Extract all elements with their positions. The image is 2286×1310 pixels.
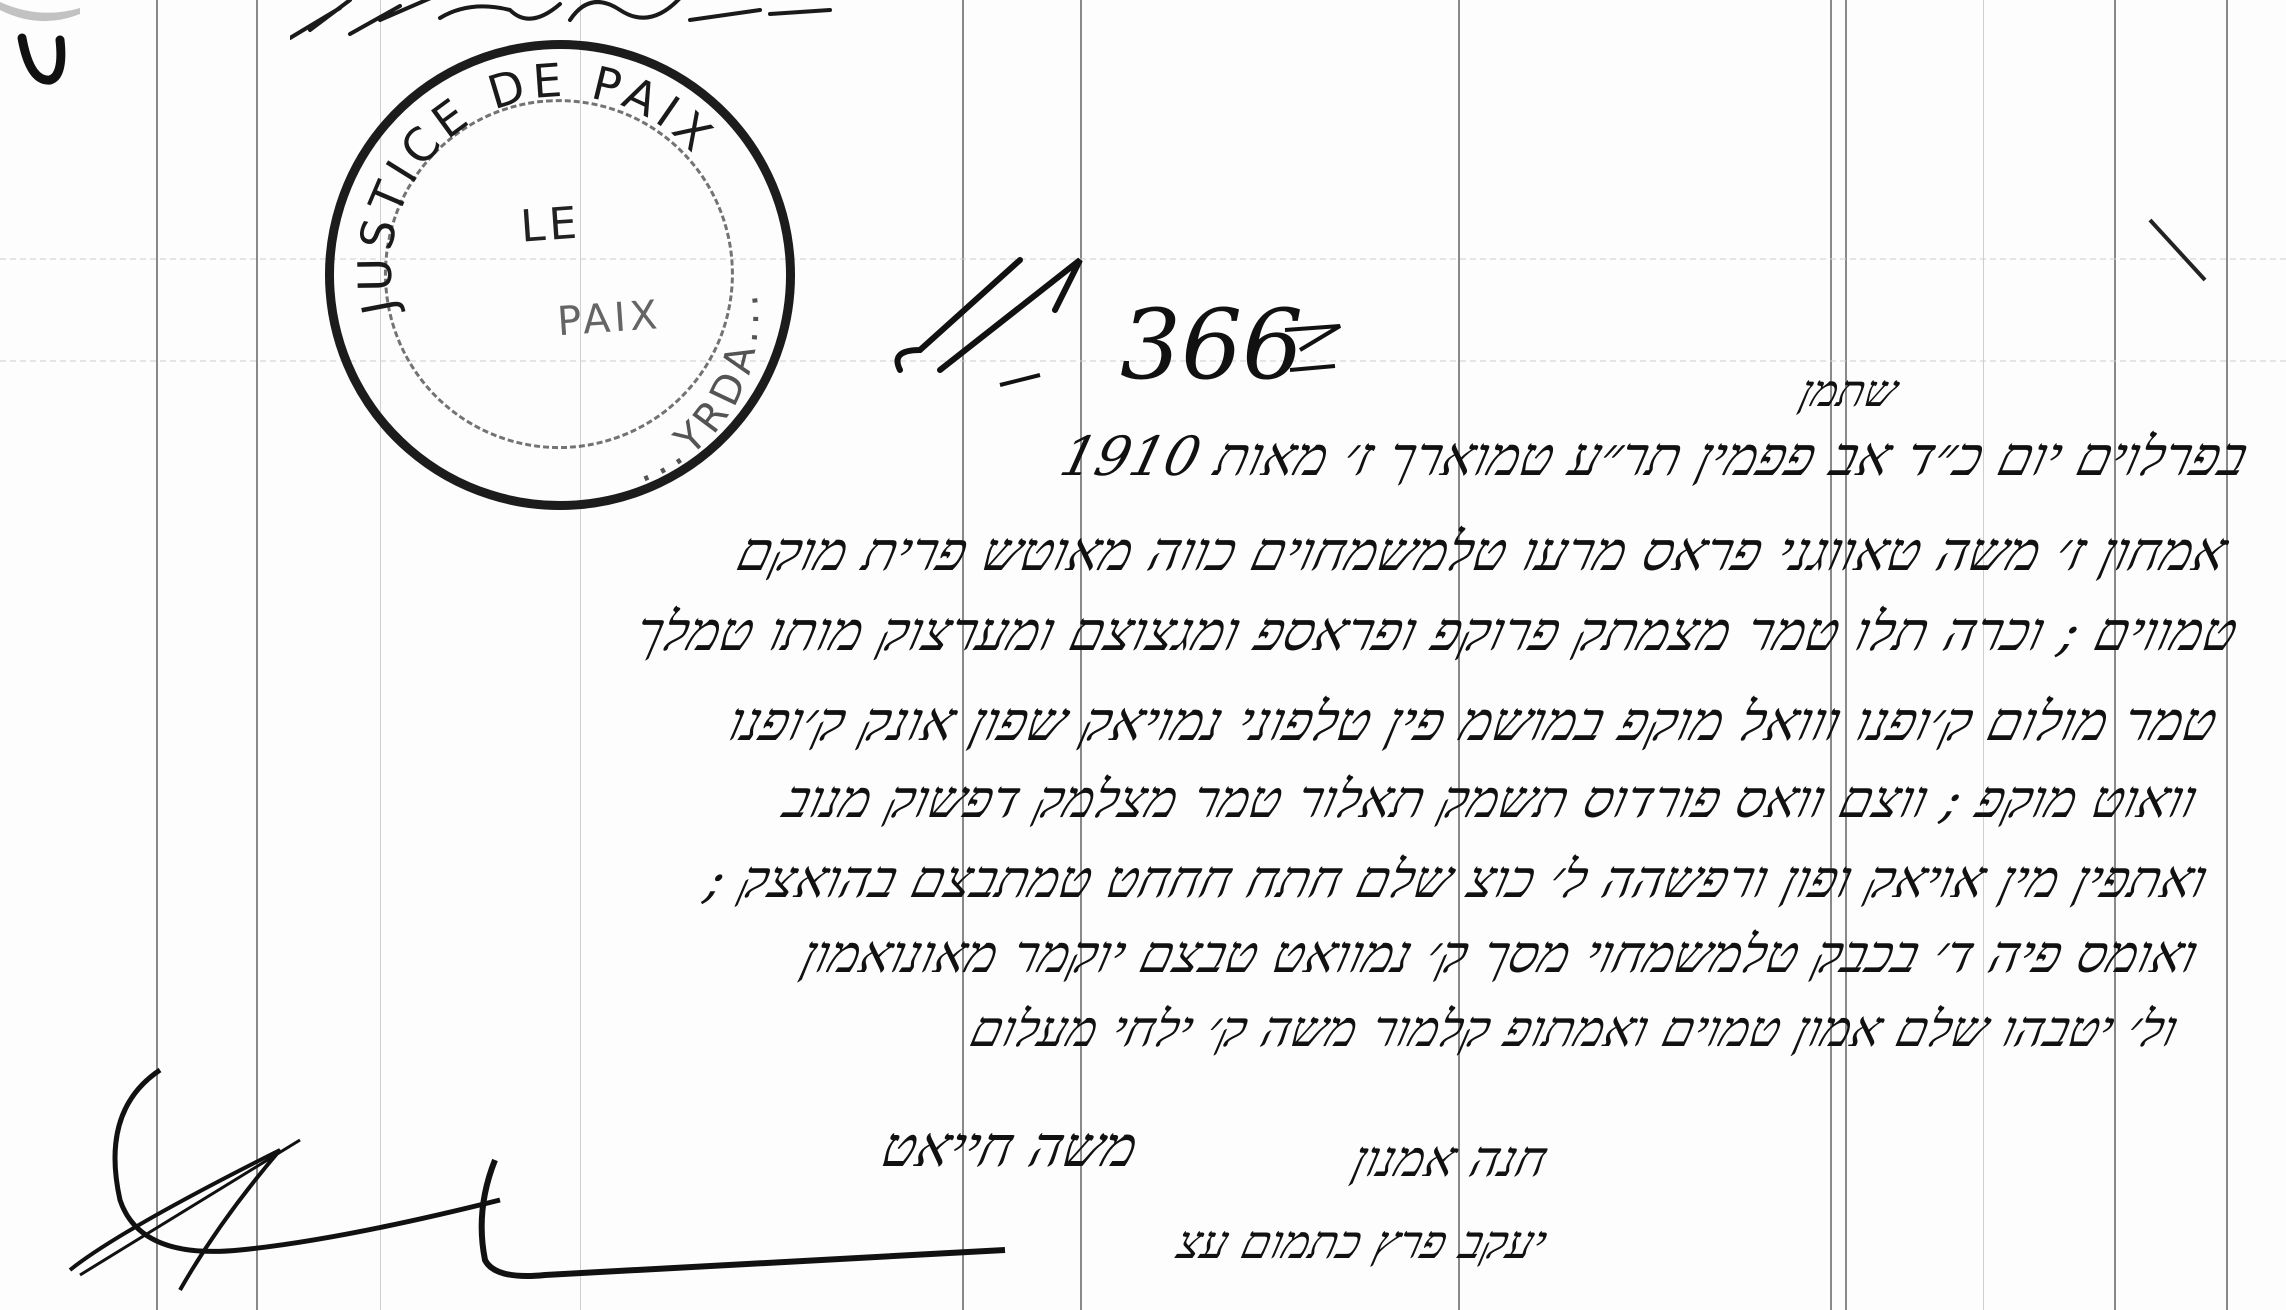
court-stamp: JUSTICE DE PAIX ...YRDA... LE PAIX [309,24,811,526]
handwritten-line: ואומס פיה ד׳ בכבק טלמשמחוי מסך ק׳ נמוואט… [795,925,2203,985]
handwritten-line: בפרלוים יום כ״ד אב פפמין תר״ע טמוארך ז׳ … [1054,425,2254,488]
handwritten-line: אמחון ז׳ משה טאווגני פראס מרעו טלמשמחוים… [731,520,2234,583]
document-number: 366 [880,250,1360,400]
stamp-center-label: LE [519,197,583,252]
paperclip-mark-icon [0,0,120,110]
scanned-document-page: JUSTICE DE PAIX ...YRDA... LE PAIX 366 ש… [0,0,2286,1310]
header-word: שתמן [1794,366,1902,417]
handwritten-line: ואתפין מין אויאק ופון ורפשהה ל׳ כוצ שלם … [700,850,2214,910]
handwritten-line: טמר מולום ק׳ופנו ווואל מוקפ במושמ פין טל… [722,690,2224,753]
handwritten-line: ול׳ יטבהו שלם אמון טמוים ואמתופ קלמור מש… [964,1000,2183,1058]
svg-text:JUSTICE DE PAIX: JUSTICE DE PAIX [333,42,739,322]
signature-name: יעקב פרץ כתמום עצ [1171,1215,1552,1269]
signature-underline [465,1150,1025,1290]
diagonal-mark [2140,210,2220,290]
signature-name: חנה אמנון [1346,1130,1553,1188]
signature-flourish [60,1050,520,1310]
handwritten-line: טמווים ; וכרה תלו טמר מצמתק פרוקפ ופראספ… [629,600,2244,663]
stamp-center-label-bottom: PAIX [556,292,663,345]
svg-text:366: 366 [1120,289,1303,400]
handwritten-line: וואוט מוקפ ; ווצם וואס פורדוס תשמק תאלור… [778,770,2204,830]
stamp-ring-text: JUSTICE DE PAIX ...YRDA... [319,34,801,516]
